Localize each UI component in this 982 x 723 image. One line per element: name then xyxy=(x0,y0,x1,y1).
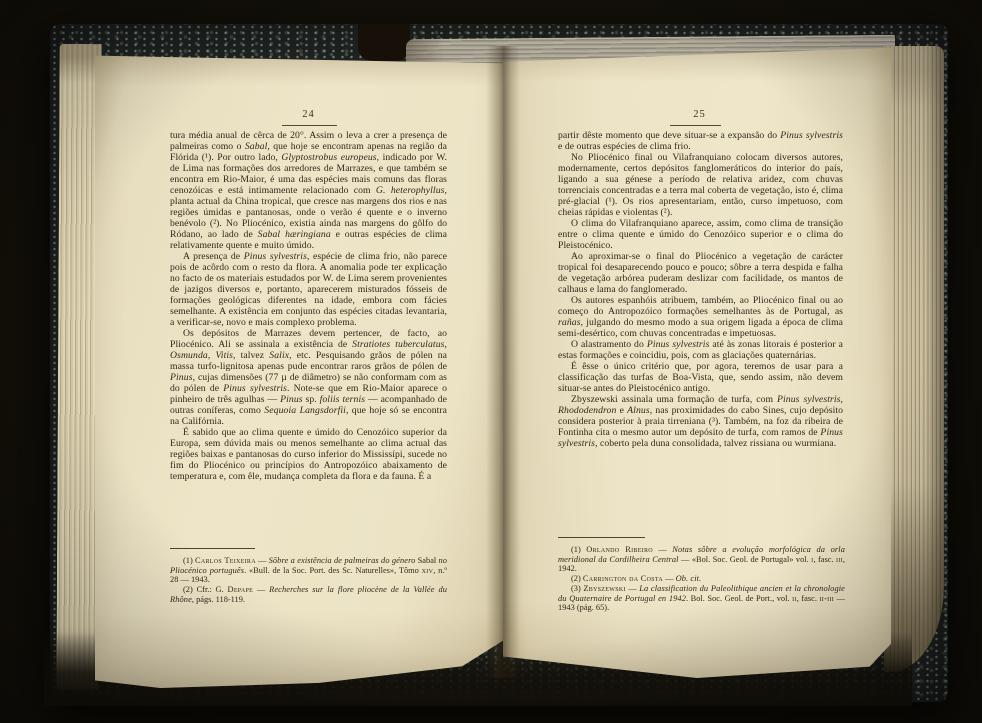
footnote-separator-rule xyxy=(558,537,645,538)
body-paragraph: Ao aproximar-se o final do Pliocénico a … xyxy=(558,251,843,295)
right-page-footnotes: (1) Orlando Ribeiro — Notas sôbre a evol… xyxy=(558,545,845,613)
right-page-body: partir dêste momento que deve situar-se … xyxy=(558,130,843,449)
body-paragraph: tura média anual de cêrca de 20°. Assim … xyxy=(170,130,447,251)
body-paragraph: O alastramento do Pinus sylvestris até à… xyxy=(558,339,843,361)
left-fore-edge-page-stack xyxy=(56,44,101,690)
spine-hinge-notch xyxy=(358,24,410,61)
body-paragraph: É sabido que ao clima quente e úmido do … xyxy=(170,427,447,482)
page-number: 25 xyxy=(556,109,843,120)
footnote: (1) Orlando Ribeiro — Notas sôbre a evol… xyxy=(558,545,845,574)
body-paragraph: partir dêste momento que deve situar-se … xyxy=(558,130,843,152)
page-number-rule xyxy=(282,125,337,126)
body-paragraph: Zbyszewski assinala uma formação de turf… xyxy=(558,394,843,449)
footnote: (2) Cfr.: G. Depape — Recherches sur la … xyxy=(170,585,447,604)
body-paragraph: Os autores espanhóis atribuem, também, a… xyxy=(558,295,843,339)
left-page-footnotes: (1) Carlos Teixeira — Sôbre a existência… xyxy=(170,556,447,605)
right-fore-edge-page-stack xyxy=(884,46,944,672)
body-paragraph: É êsse o único critério que, por agora, … xyxy=(558,361,843,394)
footnote: (2) Carrington da Costa — Ob. cit. xyxy=(558,574,845,584)
body-paragraph: A presença de Pinus sylvestris, espécie … xyxy=(170,251,447,328)
page-number: 24 xyxy=(170,109,447,120)
body-paragraph: Os depósitos de Marrazes devem pertencer… xyxy=(170,328,447,427)
footnote: (1) Carlos Teixeira — Sôbre a existência… xyxy=(170,556,447,585)
left-page: 24 tura média anual de cêrca de 20°. Ass… xyxy=(95,48,503,688)
footnote: (3) Zbyszewski — La classification du Pa… xyxy=(558,584,845,613)
body-paragraph: O clima do Vilafranquiano aparece, assim… xyxy=(558,218,843,251)
footnote-separator-rule xyxy=(170,548,255,549)
body-paragraph: No Pliocénico final ou Vilafranquiano co… xyxy=(558,152,843,218)
left-page-body: tura média anual de cêrca de 20°. Assim … xyxy=(170,130,447,482)
page-number-rule xyxy=(670,125,721,126)
right-page: 25 partir dêste momento que deve situar-… xyxy=(503,44,891,678)
